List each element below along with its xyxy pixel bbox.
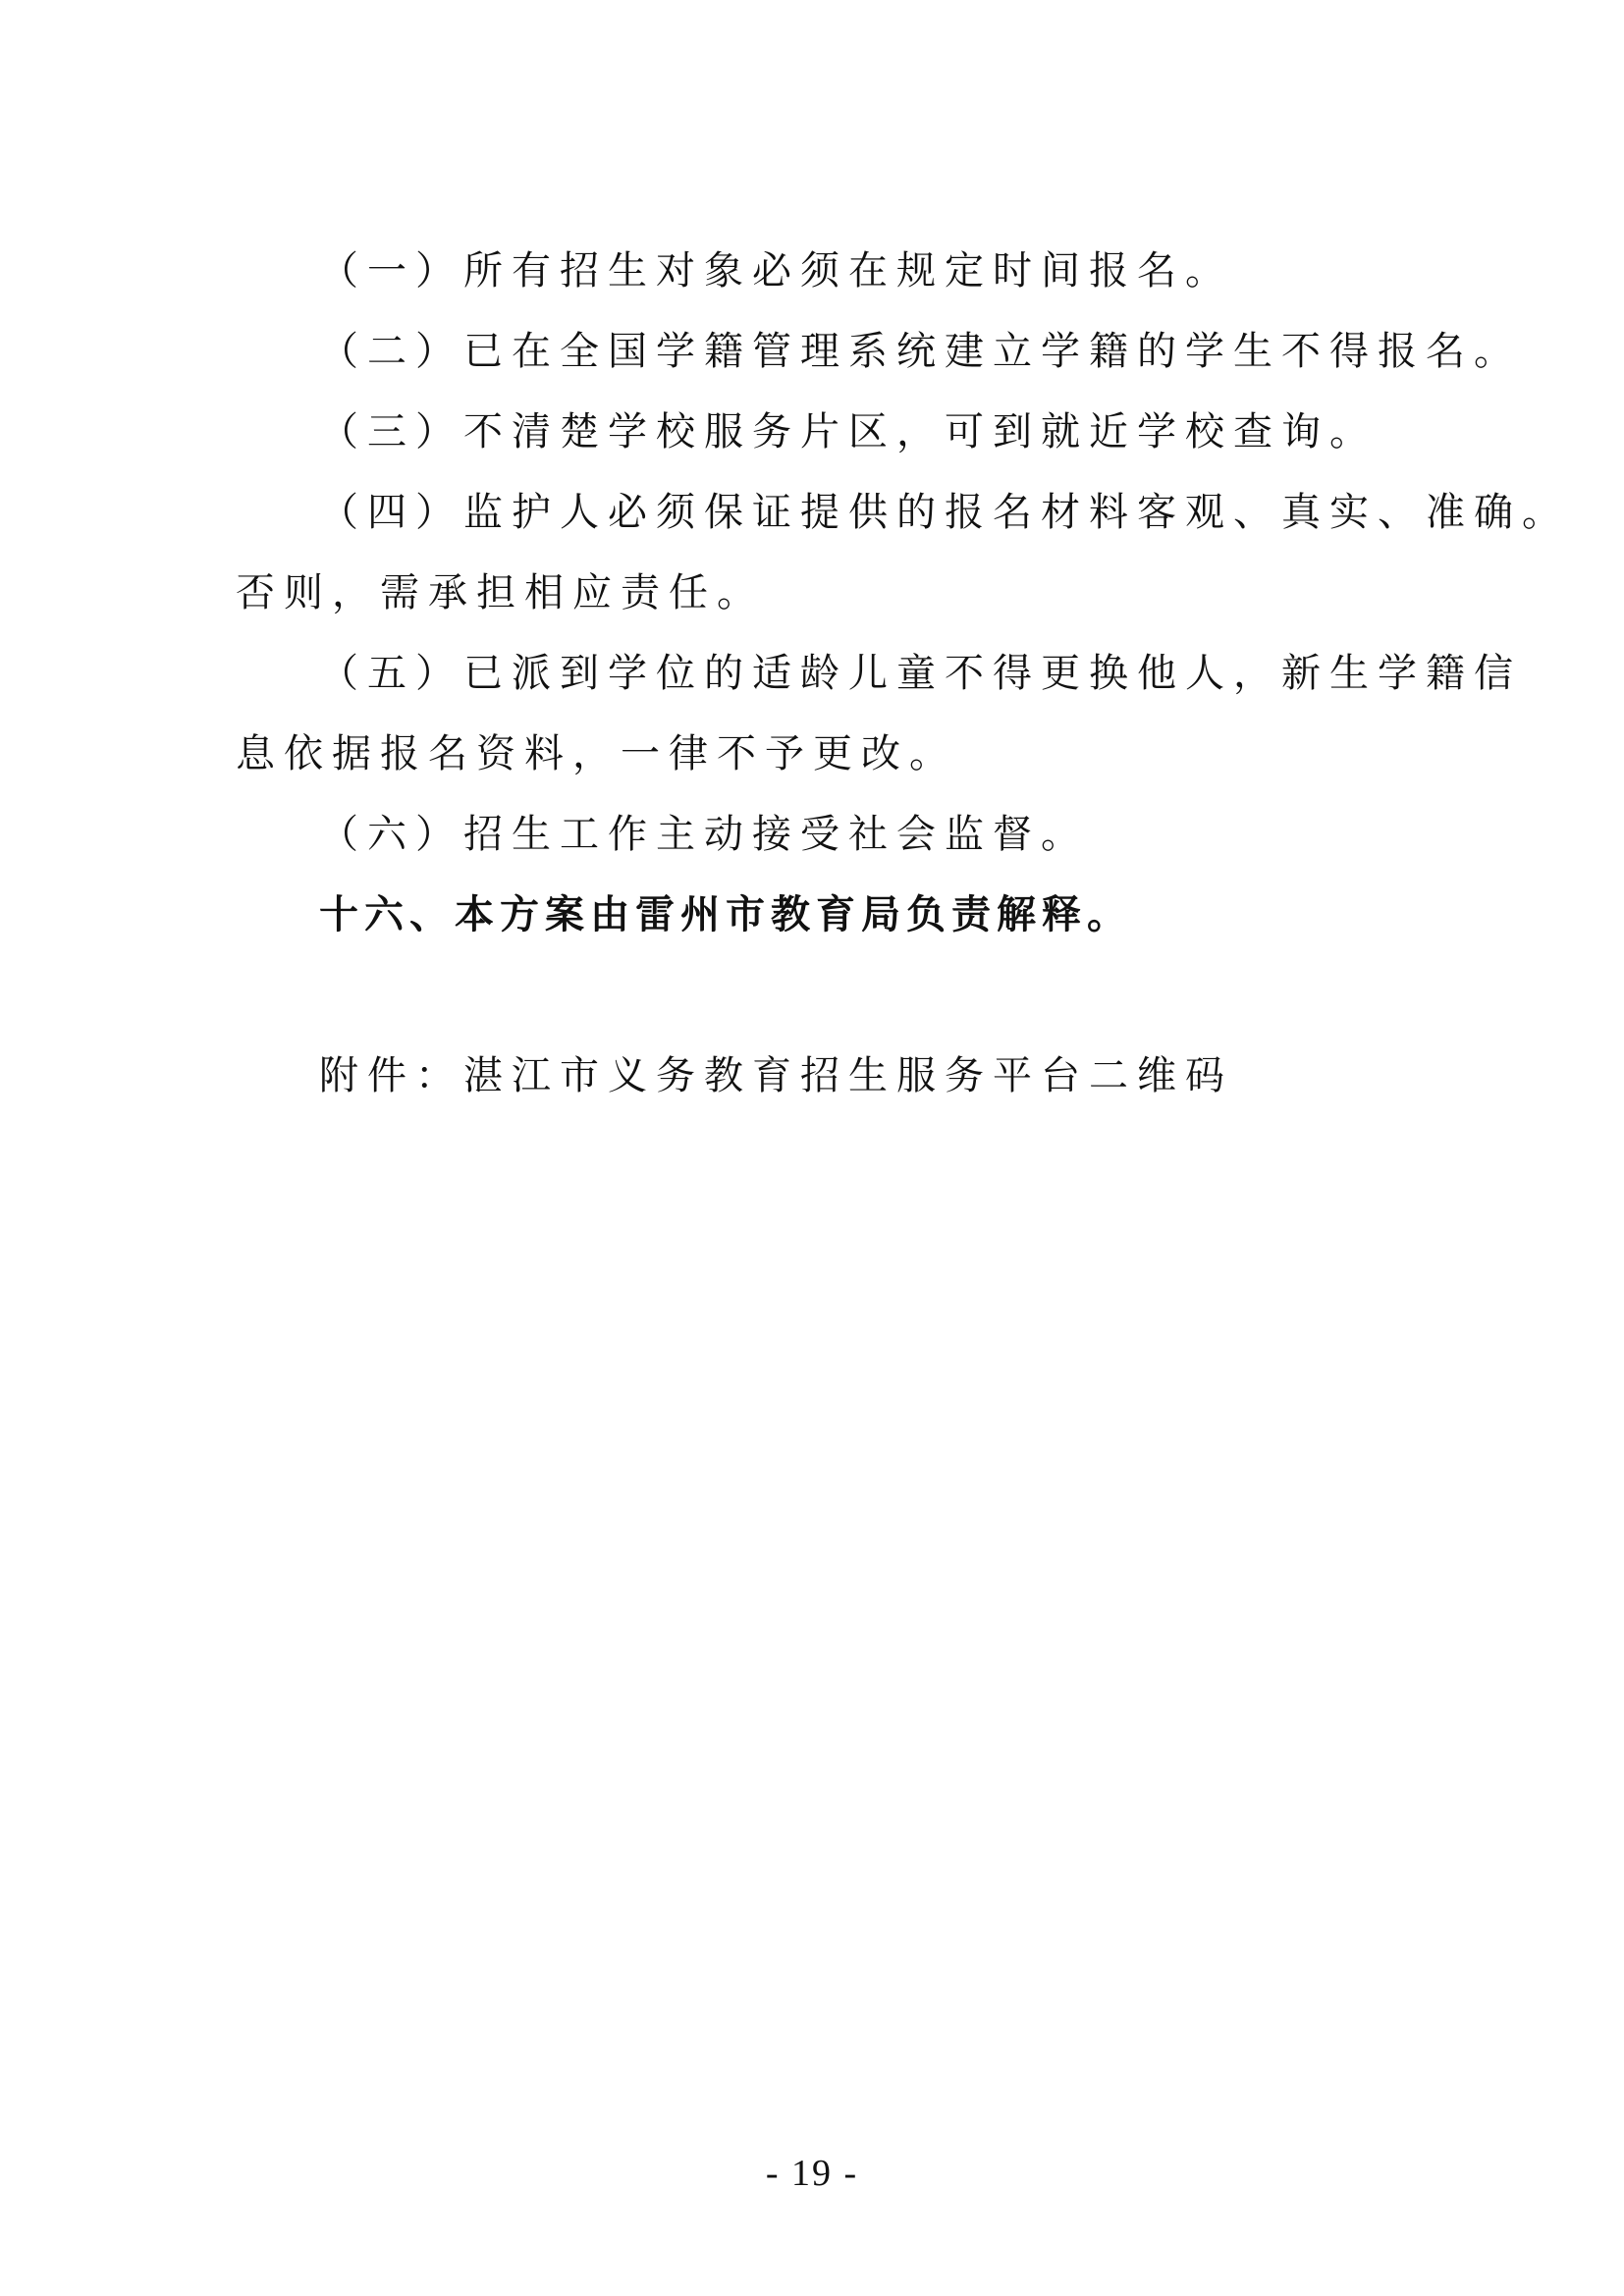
clause-1: （一）所有招生对象必须在规定时间报名。: [319, 247, 1233, 294]
clause-6: （六）招生工作主动接受社会监督。: [319, 811, 1089, 858]
clause-5-continued: 息依据报名资料，一律不予更改。: [236, 730, 957, 777]
attachment-note: 附件：湛江市义务教育招生服务平台二维码: [319, 1052, 1233, 1099]
clause-4-continued: 否则，需承担相应责任。: [236, 569, 765, 616]
page-number: - 19 -: [0, 2152, 1624, 2195]
clause-2: （二）已在全国学籍管理系统建立学籍的学生不得报名。: [319, 328, 1522, 375]
section-16-heading: 十六、本方案由雷州市教育局负责解释。: [319, 891, 1132, 938]
clause-5: （五）已派到学位的适龄儿童不得更换他人，新生学籍信: [319, 650, 1522, 697]
clause-4: （四）监护人必须保证提供的报名材料客观、真实、准确。: [319, 489, 1570, 536]
document-page: （一）所有招生对象必须在规定时间报名。 （二）已在全国学籍管理系统建立学籍的学生…: [0, 0, 1624, 2296]
clause-3: （三）不清楚学校服务片区，可到就近学校查询。: [319, 408, 1378, 455]
